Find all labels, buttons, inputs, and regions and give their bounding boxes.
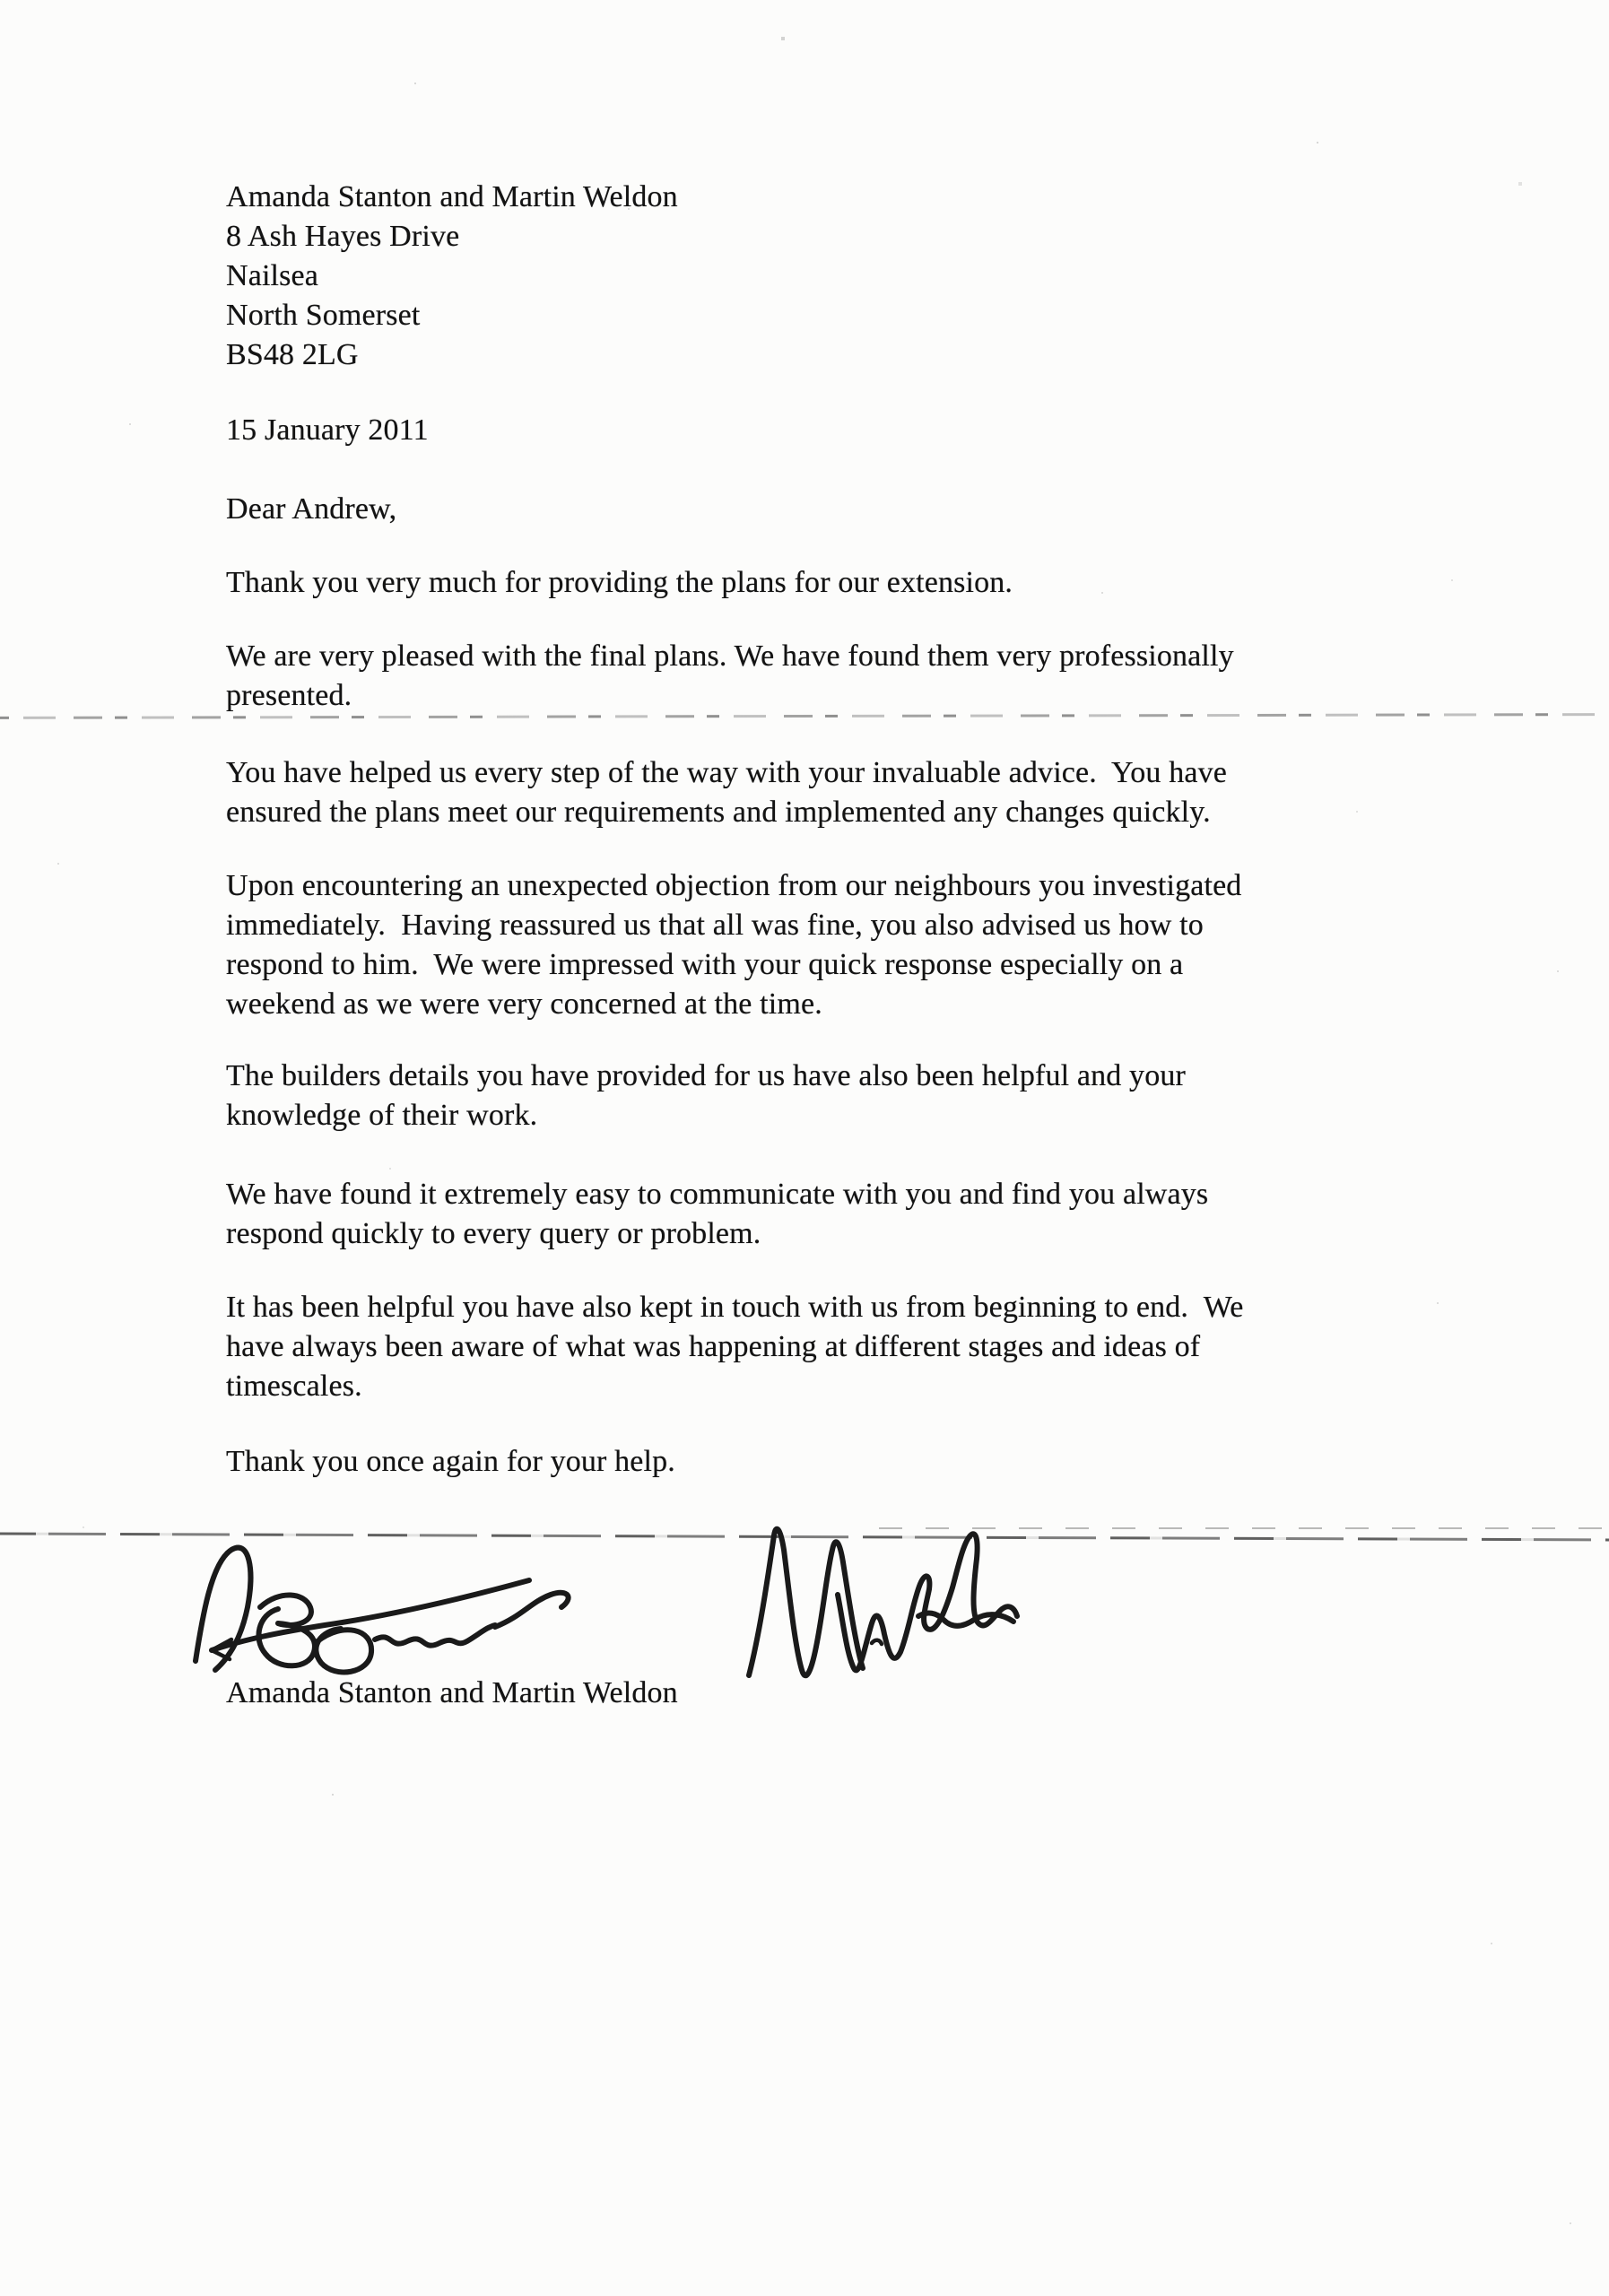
letter-date: 15 January 2011 [226, 411, 1500, 450]
paragraph-kept-in-touch: It has been helpful you have also kept i… [226, 1288, 1500, 1406]
signature-m-weldon-stroke [749, 1529, 863, 1675]
signature-a-stanton-stroke [196, 1548, 250, 1670]
paragraph-easy-to-communicate: We have found it extremely easy to commu… [226, 1175, 1500, 1254]
signature-m-weldon [749, 1529, 1017, 1675]
paragraph-thanks-for-plans: Thank you very much for providing the pl… [226, 563, 1500, 603]
scan-noise-specks [0, 0, 2, 2]
signature-a-stanton [196, 1548, 569, 1673]
paragraph-helped-every-step: You have helped us every step of the way… [226, 753, 1500, 832]
paragraph-builders-details: The builders details you have provided f… [226, 1057, 1500, 1135]
closing-line: Thank you once again for your help. [226, 1442, 1500, 1482]
salutation: Dear Andrew, [226, 490, 1500, 529]
signatures-image [170, 1525, 1031, 1691]
paragraph-pleased-with-plans: We are very pleased with the final plans… [226, 637, 1500, 716]
typed-signature-names: Amanda Stanton and Martin Weldon [226, 1674, 1500, 1713]
paragraph-neighbour-objection: Upon encountering an unexpected objectio… [226, 866, 1500, 1024]
letter-page: Amanda Stanton and Martin Weldon 8 Ash H… [0, 0, 1609, 2296]
sender-address: Amanda Stanton and Martin Weldon 8 Ash H… [226, 178, 1500, 375]
